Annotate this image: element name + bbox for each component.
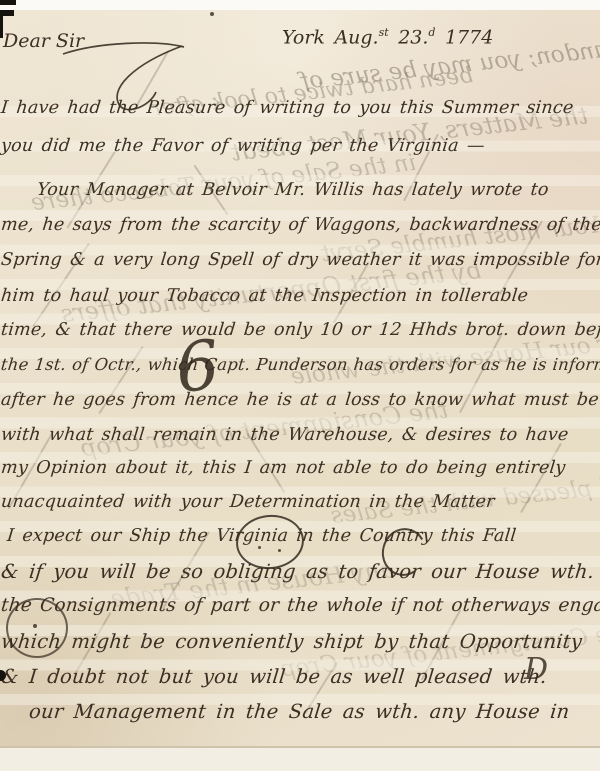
flourish-mark: D <box>524 652 548 687</box>
letter-line: the 1st. of Octr., which Capt. Punderson… <box>0 355 600 374</box>
letter-line: Spring & a very long Spell of dry weathe… <box>0 250 600 270</box>
letter-line: unacquainted with your Determination in … <box>0 492 496 512</box>
dateline-place: York <box>282 26 325 48</box>
ink-dot <box>258 546 261 549</box>
bleedthrough-numeral: 6 <box>172 326 223 409</box>
letter-line: you did me the Favor of writing per the … <box>0 136 486 156</box>
letter-paper: Landon; you may be sure of been hard twi… <box>0 10 600 748</box>
letter-line: him to haul your Tobacco at the Inspecti… <box>0 286 529 306</box>
dateline-month-superscript: st <box>379 26 389 39</box>
dateline-month: Aug. <box>334 26 378 48</box>
scan-corner-artifact-top <box>0 0 16 5</box>
letter-line: & I doubt not but you will be as well pl… <box>0 665 548 688</box>
ink-dot <box>278 549 281 552</box>
dateline-day: 23. <box>398 26 428 48</box>
letter-line: our Management in the Sale as wth. any H… <box>28 700 571 723</box>
dateline-day-superscript: d <box>428 26 435 39</box>
dateline: York Aug.st 23.d 1774 <box>282 26 493 48</box>
letter-line: time, & that there would be only 10 or 1… <box>0 320 600 340</box>
embossed-circle-mark <box>6 598 68 658</box>
letter-line: with what shall remain in the Warehouse,… <box>0 425 569 445</box>
letter-line: which might be conveniently shipt by tha… <box>0 630 583 653</box>
letter-line: I have had the Pleasure of writing to yo… <box>0 98 575 118</box>
letter-line: & if you will be so obliging as to favor… <box>0 560 595 583</box>
scan-border-top <box>0 0 600 10</box>
ink-dot <box>210 12 214 16</box>
letter-line: after he goes from hence he is at a loss… <box>0 390 600 410</box>
scan-border-bottom <box>0 746 600 771</box>
letter-line: me, he says from the scarcity of Waggons… <box>0 215 600 235</box>
letter-line: the Consignments of part or the whole if… <box>0 595 600 616</box>
scan-edge-artifact <box>0 10 3 38</box>
ink-dot <box>33 624 37 628</box>
letter-line: my Opinion about it, this I am not able … <box>0 458 566 478</box>
dateline-year: 1774 <box>445 26 493 48</box>
letter-line: Your Manager at Belvoir Mr. Willis has l… <box>36 180 550 200</box>
scanned-letter-image: Landon; you may be sure of been hard twi… <box>0 0 600 771</box>
